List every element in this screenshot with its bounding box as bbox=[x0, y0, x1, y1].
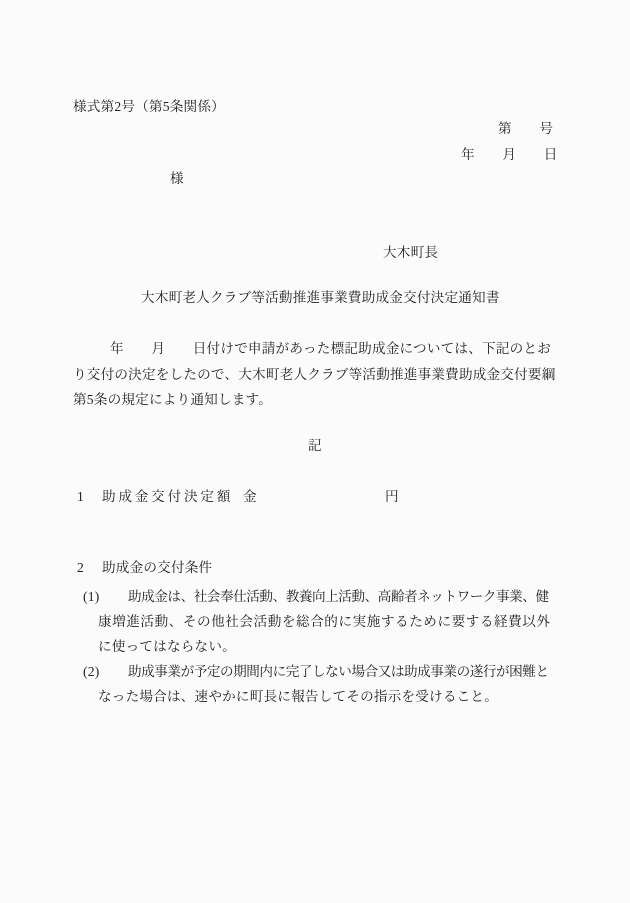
body-line-1: 年 月 日付けで申請があった標記助成金については、下記のとお bbox=[110, 342, 551, 356]
date-blank: 年 月 日 bbox=[461, 148, 558, 162]
item2-label: (2) bbox=[83, 665, 99, 679]
body-line-2: り交付の決定をしたので、大木町老人クラブ等活動推進事業費助成金交付要綱 bbox=[73, 368, 556, 382]
section2-label: 助成金の交付条件 bbox=[102, 561, 212, 575]
item1-line-1: 助成金は、社会奉仕活動、教養向上活動、高齢者ネットワーク事業、健 bbox=[128, 590, 549, 604]
item1-line-2: 康増進活動、その他社会活動を総合的に実施するために要する経費以外 bbox=[98, 615, 551, 629]
amount-prefix: 金 bbox=[243, 490, 257, 504]
item1-line-3: に使ってはならない。 bbox=[98, 640, 236, 654]
addressee-honorific: 様 bbox=[170, 172, 184, 186]
section1-label: 助成金交付決定額 bbox=[102, 490, 233, 504]
form-number: 様式第2号（第5条関係） bbox=[73, 100, 225, 114]
item1-label: (1) bbox=[83, 590, 99, 604]
sender-title: 大木町長 bbox=[383, 246, 438, 260]
item2-line-1: 助成事業が予定の期間内に完了しない場合又は助成事業の遂行が困難と bbox=[128, 665, 549, 679]
document-page: 様式第2号（第5条関係） 第 号 年 月 日 様 大木町長 大木町老人クラブ等活… bbox=[0, 0, 630, 903]
document-number-blank: 第 号 bbox=[498, 122, 553, 136]
ki-marker: 記 bbox=[308, 439, 322, 453]
amount-unit: 円 bbox=[385, 490, 399, 504]
document-title: 大木町老人クラブ等活動推進事業費助成金交付決定通知書 bbox=[141, 291, 500, 305]
body-line-3: 第5条の規定により通知します。 bbox=[73, 393, 272, 407]
section2-number: 2 bbox=[77, 561, 84, 575]
section1-number: 1 bbox=[77, 490, 84, 504]
item2-line-2: なった場合は、速やかに町長に報告してその指示を受けること。 bbox=[98, 690, 498, 704]
